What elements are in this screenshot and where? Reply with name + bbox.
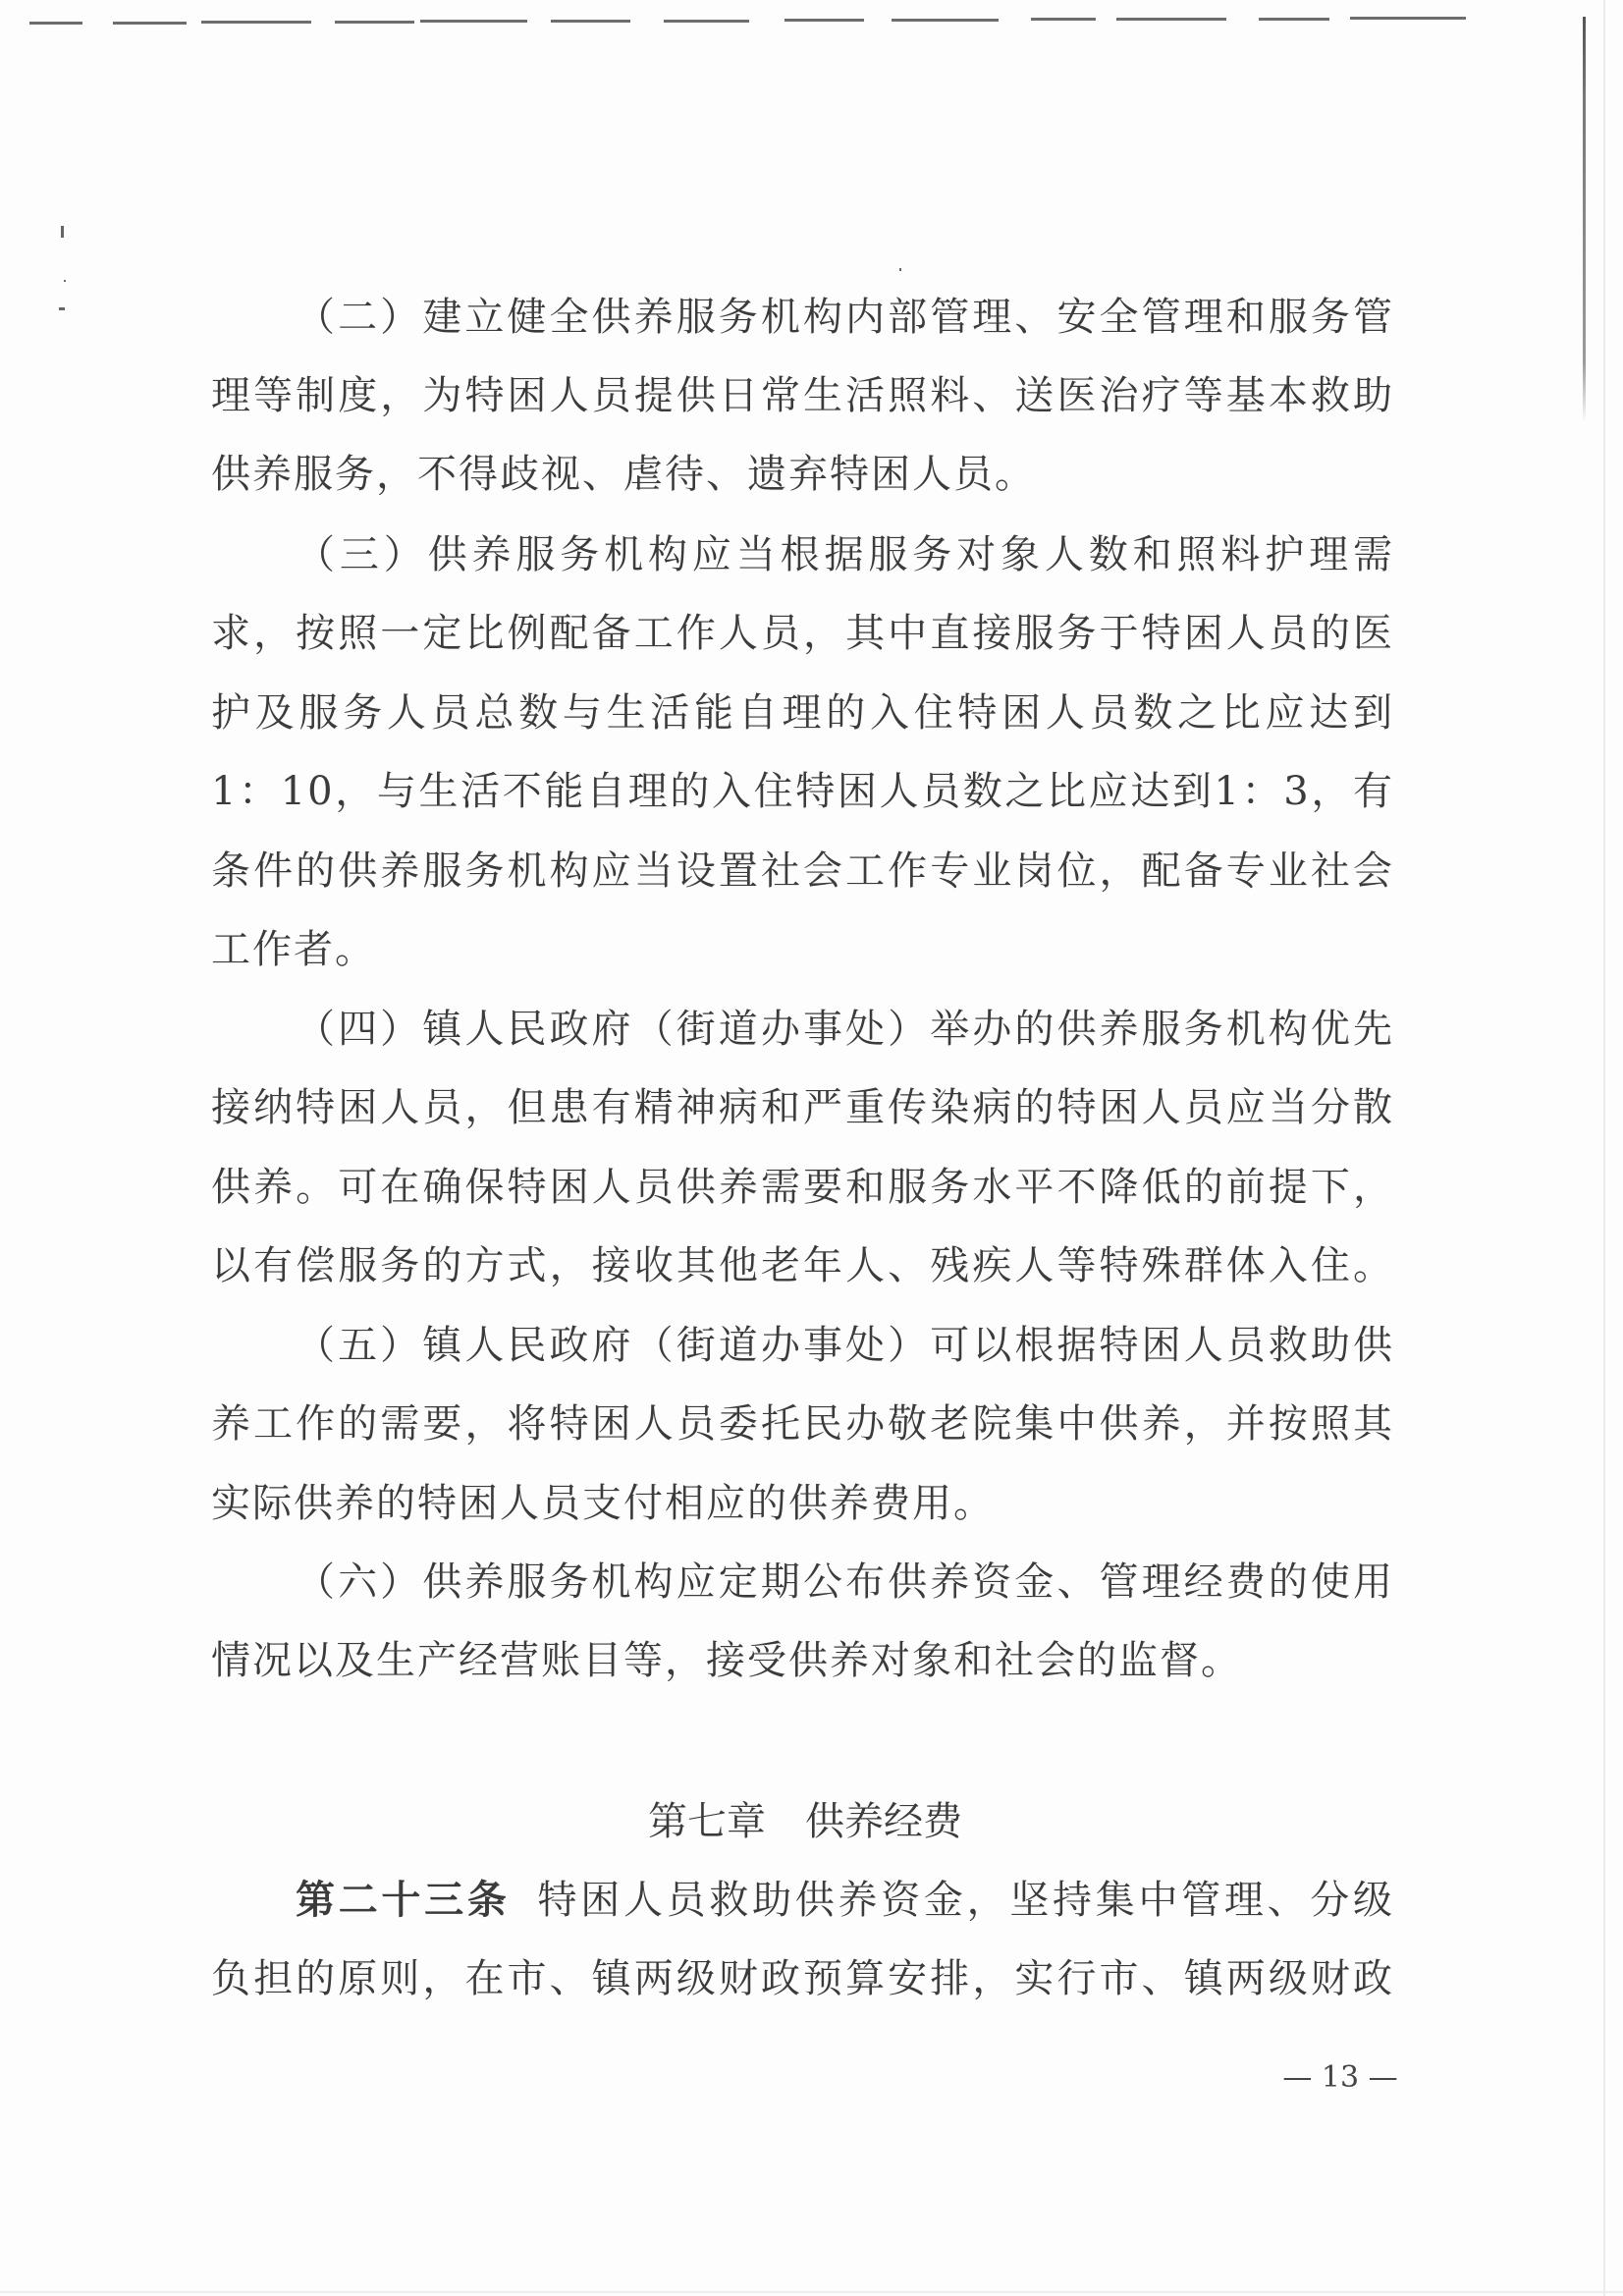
paragraph-item-2-line-1: （二）建立健全供养服务机构内部管理、安全管理和服务管 xyxy=(296,290,1394,345)
scan-dash xyxy=(29,22,82,25)
scan-dash xyxy=(551,20,630,23)
scan-speck xyxy=(61,226,64,238)
scan-dash xyxy=(664,20,749,23)
paragraph-item-3-line-4: 1：10，与生活不能自理的入住特困人员数之比应达到1：3，有 xyxy=(211,764,1394,819)
paragraph-item-4-line-3: 供养。可在确保特困人员供养需要和服务水平不降低的前提下， xyxy=(211,1160,1394,1215)
page-number: — 13 — xyxy=(1276,2060,1404,2096)
paragraph-item-5-line-1: （五）镇人民政府（街道办事处）可以根据特困人员救助供 xyxy=(296,1318,1394,1373)
scan-speck xyxy=(59,307,65,310)
article-23-text: 特困人员救助供养资金，坚持集中管理、分级 xyxy=(538,1878,1394,1923)
article-23-line-1: 第二十三条特困人员救助供养资金，坚持集中管理、分级 xyxy=(296,1873,1394,1928)
page-edge-right xyxy=(1603,0,1605,2296)
article-23-line-2: 负担的原则，在市、镇两级财政预算安排，实行市、镇两级财政 xyxy=(211,1951,1394,2006)
paragraph-item-2-line-2: 理等制度，为特困人员提供日常生活照料、送医治疗等基本救助 xyxy=(211,368,1394,423)
scan-dash xyxy=(1259,18,1329,21)
scan-speck xyxy=(899,268,901,271)
paragraph-item-4-line-4: 以有偿服务的方式，接收其他老年人、残疾人等特殊群体入住。 xyxy=(211,1238,1394,1293)
paragraph-item-3-line-3: 护及服务人员总数与生活能自理的入住特困人员数之比应达到 xyxy=(211,685,1394,740)
article-label: 第二十三条 xyxy=(296,1877,511,1923)
paragraph-item-3-line-1: （三）供养服务机构应当根据服务对象人数和照料护理需 xyxy=(296,527,1394,582)
paragraph-item-4-line-1: （四）镇人民政府（街道办事处）举办的供养服务机构优先 xyxy=(296,1002,1394,1057)
paragraph-item-3-line-6: 工作者。 xyxy=(211,922,1394,977)
scan-dash xyxy=(784,19,864,22)
document-page: （二）建立健全供养服务机构内部管理、安全管理和服务管 理等制度，为特困人员提供日… xyxy=(0,0,1623,2296)
scan-top-dash-border xyxy=(0,0,1623,39)
paragraph-item-5-line-2: 养工作的需要，将特困人员委托民办敬老院集中供养，并按照其 xyxy=(211,1396,1394,1451)
scan-dash xyxy=(113,22,187,25)
page-edge-bottom xyxy=(0,2291,1623,2293)
paragraph-item-3-line-2: 求，按照一定比例配备工作人员，其中直接服务于特困人员的医 xyxy=(211,606,1394,661)
scan-right-margin-line xyxy=(1583,17,1586,422)
scan-dash xyxy=(420,20,527,23)
scan-speck xyxy=(64,280,66,282)
scan-dash xyxy=(201,21,311,24)
paragraph-item-5-line-3: 实际供养的特困人员支付相应的供养费用。 xyxy=(211,1476,1394,1531)
scan-dash xyxy=(1116,18,1226,21)
paragraph-item-6-line-1: （六）供养服务机构应定期公布供养资金、管理经费的使用 xyxy=(296,1555,1394,1610)
scan-dash xyxy=(892,19,999,22)
scan-dash xyxy=(1031,18,1096,21)
paragraph-item-4-line-2: 接纳特困人员，但患有精神病和严重传染病的特困人员应当分散 xyxy=(211,1080,1394,1135)
scan-dash xyxy=(1350,17,1466,20)
chapter-title: 第七章 供养经费 xyxy=(628,1794,982,1849)
scan-dash xyxy=(335,21,414,24)
paragraph-item-2-line-3: 供养服务，不得歧视、虐待、遗弃特困人员。 xyxy=(211,447,1394,502)
paragraph-item-3-line-5: 条件的供养服务机构应当设置社会工作专业岗位，配备专业社会 xyxy=(211,844,1394,899)
paragraph-item-6-line-2: 情况以及生产经营账目等，接受供养对象和社会的监督。 xyxy=(211,1633,1394,1688)
